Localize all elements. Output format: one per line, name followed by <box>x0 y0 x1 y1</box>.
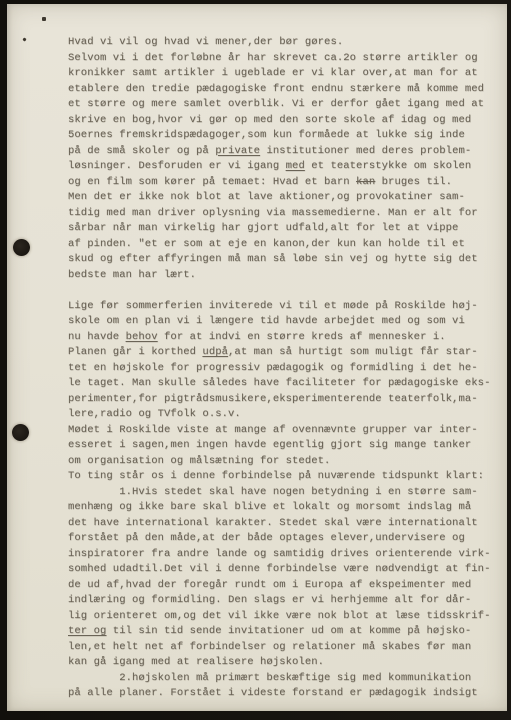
text-line: forstået på den måde,at der både optages… <box>68 531 500 547</box>
text-line: nu havde behov for at indvi en større kr… <box>68 330 500 346</box>
text-line: le taget. Man skulle således have facili… <box>68 376 500 392</box>
text-line: 1.Hvis stedet skal have nogen betydning … <box>68 485 500 501</box>
text-line: indlæring og formidling. Den slags er vi… <box>68 593 500 609</box>
text-line: lere,radio og TVfolk o.s.v. <box>68 407 500 423</box>
ink-speck <box>42 17 46 21</box>
text-line: på de små skoler og på private instituti… <box>68 144 500 160</box>
document-page: Hvad vi vil og hvad vi mener,der bør gør… <box>7 4 507 711</box>
hole-punch-bottom <box>12 424 29 441</box>
text-line: om organisation og målsætning for stedet… <box>68 454 500 470</box>
text-line: Men det er ikke nok blot at lave aktione… <box>68 190 500 206</box>
text-line: len,et helt net af forbindelser og relat… <box>68 640 500 656</box>
text-line: et større og mere samlet overblik. Vi er… <box>68 97 500 113</box>
text-line: det have international karakter. Stedet … <box>68 516 500 532</box>
text-line: bedste man har lært. <box>68 268 500 284</box>
text-line: somhed udadtil.Det vil i denne forbindel… <box>68 562 500 578</box>
text-line: lig orienteret om,og det vil ikke være n… <box>68 609 500 625</box>
text-line: tet en højskole for progressiv pædagogik… <box>68 361 500 377</box>
text-line: og en film som kører på temaet: Hvad et … <box>68 175 500 191</box>
text-line: af pinden. "et er som at eje en kanon,de… <box>68 237 500 253</box>
scanner-background: Hvad vi vil og hvad vi mener,der bør gør… <box>0 0 511 720</box>
document-text: Hvad vi vil og hvad vi mener,der bør gør… <box>68 35 500 702</box>
text-line: sårbar når man virkelig har gjort udfald… <box>68 221 500 237</box>
text-line: Lige før sommerferien inviterede vi til … <box>68 299 500 315</box>
text-line: Hvad vi vil og hvad vi mener,der bør gør… <box>68 35 500 51</box>
text-line: Planen går i korthed udpå,at man så hurt… <box>68 345 500 361</box>
text-line: skrive en bog,hvor vi gør op med den sor… <box>68 113 500 129</box>
text-line: kronikker samt artikler i ugeblade er vi… <box>68 66 500 82</box>
hole-punch-top <box>13 239 30 256</box>
text-line: kan gå igang med at realisere højskolen. <box>68 655 500 671</box>
text-line: 2.højskolen må primært beskæftige sig me… <box>68 671 500 687</box>
text-line: menhæng og ikke bare skal blive et lokal… <box>68 500 500 516</box>
text-line: esseret i sagen,men ingen havde egentlig… <box>68 438 500 454</box>
text-line: Selvom vi i det forløbne år har skrevet … <box>68 51 500 67</box>
text-line: skole om en plan vi i længere tid havde … <box>68 314 500 330</box>
text-line: på alle planer. Forstået i videste forst… <box>68 686 500 702</box>
text-line: Mødet i Roskilde viste at mange af ovenn… <box>68 423 500 439</box>
text-line: etablere den tredie pædagogiske front en… <box>68 82 500 98</box>
text-line: To ting står os i denne forbindelse på n… <box>68 469 500 485</box>
text-line: perimenter,for pigtrådsmusikere,eksperim… <box>68 392 500 408</box>
ink-speck <box>22 37 26 41</box>
blank-line <box>68 283 500 299</box>
text-line: løsninger. Desforuden er vi igang med et… <box>68 159 500 175</box>
text-line: 5oernes fremskridspædagoger,som kun form… <box>68 128 500 144</box>
text-line: inspiratorer fra andre lande og samtidig… <box>68 547 500 563</box>
text-line: de ud af,hvad der foregår rundt om i Eur… <box>68 578 500 594</box>
text-line: tidig med man driver oplysning via masse… <box>68 206 500 222</box>
text-line: skud og efter affyringen må man så løbe … <box>68 252 500 268</box>
text-line: ter og til sin tid sende invitationer ud… <box>68 624 500 640</box>
